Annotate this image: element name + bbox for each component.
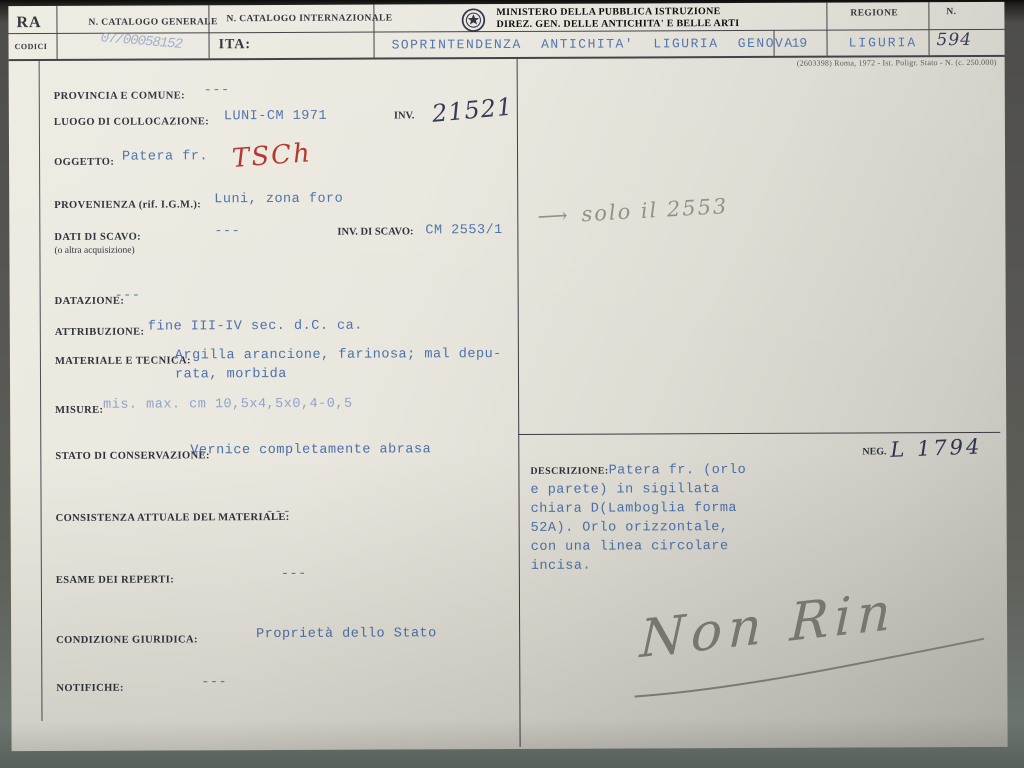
field-label: STATO DI CONSERVAZIONE: [55, 450, 210, 462]
catalogo-internazionale-value: ITA: [219, 37, 252, 53]
catalogo-internazionale-header: N. CATALOGO INTERNAZIONALE [226, 14, 392, 25]
field-value: --- [115, 289, 141, 304]
descrizione-line-4: 52A). Orlo orizzontale, [531, 518, 791, 538]
header-col-line-6 [928, 2, 929, 55]
field-label: PROVENIENZA (rif. I.G.M.): [54, 199, 201, 211]
signature-underline [621, 577, 1002, 719]
field-value: Luni, zona foro [214, 192, 343, 208]
field-materiale-tecnica: MATERIALE E TECNICA: Argilla arancione, … [55, 349, 515, 369]
soprintendenza-code: 19 [792, 36, 808, 51]
field-oggetto: OGGETTO: Patera fr. TSCh [54, 150, 514, 170]
field-value: --- [281, 567, 307, 582]
right-panel-divider [518, 432, 1000, 435]
field-label: ESAME DEI REPERTI: [56, 574, 174, 586]
red-pen-annotation: TSCh [231, 138, 313, 174]
field-value: LUNI-CM 1971 [224, 109, 327, 124]
inv-scavo-value: CM 2553/1 [425, 223, 502, 238]
center-divider-line [517, 59, 521, 747]
field-value: fine III-IV sec. d.C. ca. [148, 319, 363, 335]
descrizione-line-2: e parete) in sigillata [530, 480, 790, 500]
pencil-arrow-icon: ⟶ [537, 203, 568, 229]
n-value-handwritten: 594 [936, 30, 972, 50]
field-notifiche: NOTIFICHE: --- [56, 676, 516, 696]
field-value-line2: rata, morbida [175, 367, 287, 382]
neg-number-handwritten: L 1794 [890, 434, 983, 462]
header-col-line-5 [826, 3, 827, 56]
field-stato-conservazione: STATO DI CONSERVAZIONE: Vernice completa… [55, 444, 515, 464]
field-label: PROVINCIA E COMUNE: [54, 90, 185, 102]
field-esame-reperti: ESAME DEI REPERTI: --- [56, 568, 516, 588]
pencil-signature: Non Rin [621, 577, 1002, 719]
field-luogo-collocazione: LUOGO DI COLLOCAZIONE: LUNI-CM 1971 INV.… [54, 110, 514, 130]
ministry-line1: MINISTERO DELLA PUBBLICA ISTRUZIONE [496, 6, 739, 19]
field-value: Vernice completamente abrasa [190, 442, 431, 458]
descrizione-line-6: incisa. [531, 556, 791, 576]
regione-value: LIGURIA [849, 35, 918, 50]
neg-label: NEG. [862, 446, 886, 457]
inv-number-handwritten: 21521 [431, 92, 515, 127]
field-consistenza-materiale: CONSISTENZA ATTUALE DEL MATERIALE: --- [56, 506, 516, 526]
field-value: --- [204, 83, 230, 98]
field-label: CONSISTENZA ATTUALE DEL MATERIALE: [56, 512, 290, 524]
ministry-title: MINISTERO DELLA PUBBLICA ISTRUZIONE DIRE… [496, 6, 739, 31]
header-col-line-3 [373, 5, 374, 58]
n-header: N. [946, 7, 956, 17]
field-value: mis. max. cm 10,5x4,5x0,4-0,5 [103, 397, 353, 413]
italy-state-emblem-icon [460, 7, 486, 33]
catalogo-generale-stamp: 07/00058152 [100, 30, 182, 53]
pencil-note-text: solo il 2553 [581, 194, 729, 226]
codici-label: CODICI [15, 42, 48, 51]
field-sublabel: (o altra acquisizione) [54, 244, 514, 256]
field-value: --- [266, 505, 292, 520]
field-dati-di-scavo: DATI DI SCAVO: (o altra acquisizione) --… [54, 225, 514, 256]
descrizione-line-1: DESCRIZIONE:Patera fr. (orlo [530, 461, 790, 481]
catalogue-card: RA CODICI N. CATALOGO GENERALE N. CATALO… [8, 2, 1007, 751]
field-datazione: DATAZIONE: --- [55, 289, 515, 309]
field-label: MATERIALE E TECNICA: [55, 355, 191, 367]
descrizione-line-5: con una linea circolare [531, 537, 791, 557]
regione-header: REGIONE [850, 8, 898, 18]
field-misure: MISURE: mis. max. cm 10,5x4,5x0,4-0,5 [55, 398, 515, 418]
field-value-line1: Argilla arancione, farinosa; mal depu- [175, 347, 502, 363]
left-margin-line [39, 61, 43, 721]
field-label: LUOGO DI COLLOCAZIONE: [54, 116, 209, 128]
inv-scavo-label: INV. DI SCAVO: [337, 226, 413, 237]
field-value: Proprietà dello Stato [256, 626, 437, 642]
descrizione-line-3: chiara D(Lamboglia forma [531, 499, 791, 519]
field-provenienza: PROVENIENZA (rif. I.G.M.): Luni, zona fo… [54, 193, 514, 213]
field-condizione-giuridica: CONDIZIONE GIURIDICA: Proprietà dello St… [56, 628, 516, 648]
field-attribuzione: ATTRIBUZIONE: fine III-IV sec. d.C. ca. [55, 320, 515, 340]
ministry-line2: DIREZ. GEN. DELLE ANTICHITA' E BELLE ART… [496, 18, 739, 31]
field-value: --- [214, 224, 240, 239]
catalogo-generale-header: N. CATALOGO GENERALE [88, 17, 217, 28]
field-label: MISURE: [55, 405, 103, 416]
field-value: --- [201, 675, 227, 690]
field-label: NOTIFICHE: [56, 683, 124, 694]
pencil-annotation: ⟶solo il 2553 [537, 194, 729, 229]
field-label: OGGETTO: [54, 157, 114, 168]
inv-label: INV. [394, 110, 415, 121]
field-label: DATI DI SCAVO: [54, 232, 141, 243]
header-col-line-1 [56, 6, 57, 59]
field-value: Patera fr. [122, 149, 208, 164]
soprintendenza-value: SOPRINTENDENZA ANTICHITA' LIGURIA GENOVA [392, 36, 794, 53]
card-type-code: RA [16, 14, 41, 32]
descrizione-text: Patera fr. (orlo [609, 463, 747, 479]
header-col-line-2 [208, 5, 209, 58]
descrizione-block: DESCRIZIONE:Patera fr. (orlo e parete) i… [530, 461, 790, 576]
field-label: CONDIZIONE GIURIDICA: [56, 634, 198, 646]
scanned-photo: RA CODICI N. CATALOGO GENERALE N. CATALO… [0, 0, 1024, 768]
field-label: ATTRIBUZIONE: [55, 327, 145, 338]
descrizione-label: DESCRIZIONE: [530, 466, 608, 477]
